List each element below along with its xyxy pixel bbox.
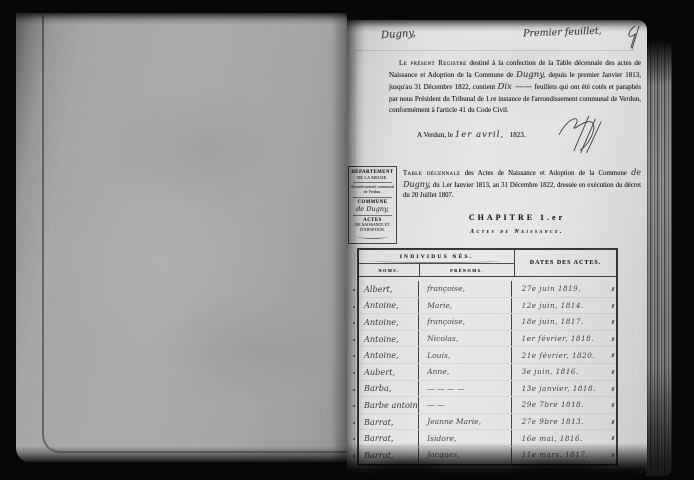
header-noms: NOMS. — [359, 264, 420, 276]
cell-prenom: Louis, — [419, 347, 512, 363]
left-blank-page — [16, 13, 347, 462]
cell-prenom: — — — — — [419, 381, 512, 397]
cell-prenom: Anne, — [419, 364, 512, 380]
cell-prenom: françoise, — [419, 281, 512, 297]
table-row: Barrat,Jeanne Marie,27e 9bre 1813. — [359, 414, 616, 431]
table-rows: Albert,françoise,27e juin 1819.Antoine,M… — [359, 277, 616, 464]
header-subrow: NOMS. PRÉNOMS. — [359, 264, 514, 276]
header-individus-nes: INDIVIDUS NÉS. — [359, 250, 514, 264]
cell-nom: Barrat, — [359, 414, 419, 430]
cell-prenom: — — — [419, 397, 512, 413]
dateline-printed: A Verdun, le — [417, 131, 453, 139]
table-row: Barba,— — — —13e janvier, 1818. — [359, 381, 616, 398]
title-part2: du 1.er Janvier 1813, au 31 Décembre 182… — [403, 182, 641, 199]
table-row: Aubert,Anne,3e juin, 1816. — [359, 364, 616, 381]
arrondissement-line2: de Verdun. — [364, 190, 382, 195]
register-page: Dugny, Premier feuillet, Le présent Regi… — [347, 20, 647, 473]
book-fore-edge — [646, 42, 672, 476]
table-row: Barbe antoine,— —29e 7bre 1818. — [359, 397, 616, 414]
cell-prenom: Nicolas, — [419, 331, 512, 347]
chapter-subheading: Actes de Naissance. — [407, 228, 627, 235]
underline-flourish — [373, 259, 500, 263]
cell-prenom: Marie, — [419, 298, 512, 314]
left-page-frame — [42, 15, 347, 453]
cell-nom: Antoine, — [359, 298, 419, 314]
cell-nom: Antoine, — [359, 314, 419, 330]
header-dates-des-actes: DATES DES ACTES. — [515, 250, 616, 276]
births-table: INDIVIDUS NÉS. NOMS. PRÉNOMS. DATES DES … — [357, 248, 618, 466]
dateline-year: 1823. — [509, 131, 525, 139]
cell-date: 12e juin, 1814. — [512, 298, 616, 314]
chapter-heading: CHAPITRE 1.er — [407, 213, 627, 222]
title-lead: Table décennale — [403, 170, 460, 177]
cell-date: 13e janvier, 1818. — [512, 381, 616, 397]
gutter-shade — [347, 20, 365, 473]
dateline: A Verdun, le 1er avril, 1823. — [417, 130, 526, 140]
table-row: Antoine,françoise,18e juin, 1817. — [359, 314, 616, 331]
cell-prenom: Jeanne Marie, — [419, 414, 512, 430]
cell-date: 29e 7bre 1818. — [512, 397, 616, 413]
header-individus-group: INDIVIDUS NÉS. NOMS. PRÉNOMS. — [359, 250, 515, 276]
dateline-hand: 1er avril, — [455, 130, 504, 140]
cell-nom: Aubert, — [359, 364, 419, 380]
preamble-commune-hand: Dugny, — [516, 70, 546, 80]
page-top-shade — [347, 20, 647, 32]
table-row: Albert,françoise,27e juin 1819. — [359, 281, 616, 298]
cell-date: 27e 9bre 1813. — [512, 414, 616, 430]
table-row: Antoine,Louis,21e février, 1820. — [359, 347, 616, 364]
cell-nom: Antoine, — [359, 347, 419, 363]
table-row: Antoine,Marie,12e juin, 1814. — [359, 298, 616, 315]
embossed-frame-line — [355, 50, 635, 51]
preamble-paragraph: Le présent Registre destiné à la confect… — [389, 58, 641, 115]
cell-date: 18e juin, 1817. — [512, 314, 616, 330]
cell-date: 27e juin 1819. — [512, 281, 616, 297]
table-row: Antoine,Nicolas,1er février, 1818. — [359, 331, 616, 348]
cell-nom: Barbe antoine, — [359, 397, 419, 413]
cell-nom: Barba, — [359, 381, 419, 397]
table-header: INDIVIDUS NÉS. NOMS. PRÉNOMS. DATES DES … — [359, 250, 616, 277]
scanned-register-viewport: Dugny, Premier feuillet, Le présent Regi… — [0, 0, 694, 480]
header-prenoms: PRÉNOMS. — [420, 264, 514, 276]
preamble-lead: Le présent Registre — [399, 59, 467, 67]
signature-paraph-icon — [552, 109, 610, 163]
cell-nom: Albert, — [359, 281, 419, 297]
gutter-shadow — [331, 13, 347, 462]
preamble-feuillets-hand: Dix —— — [498, 82, 533, 92]
table-title: Table décennale des Actes de Naissance e… — [403, 167, 641, 201]
cell-date: 21e février, 1820. — [512, 347, 616, 363]
cell-date: 1er février, 1818. — [512, 331, 616, 347]
cell-prenom: françoise, — [419, 314, 512, 330]
cell-date: 3e juin, 1816. — [512, 364, 616, 380]
page-bottom-fade — [347, 443, 647, 473]
title-part1: des Actes de Naissance et Adoption de la… — [460, 170, 631, 177]
cell-nom: Antoine, — [359, 331, 419, 347]
